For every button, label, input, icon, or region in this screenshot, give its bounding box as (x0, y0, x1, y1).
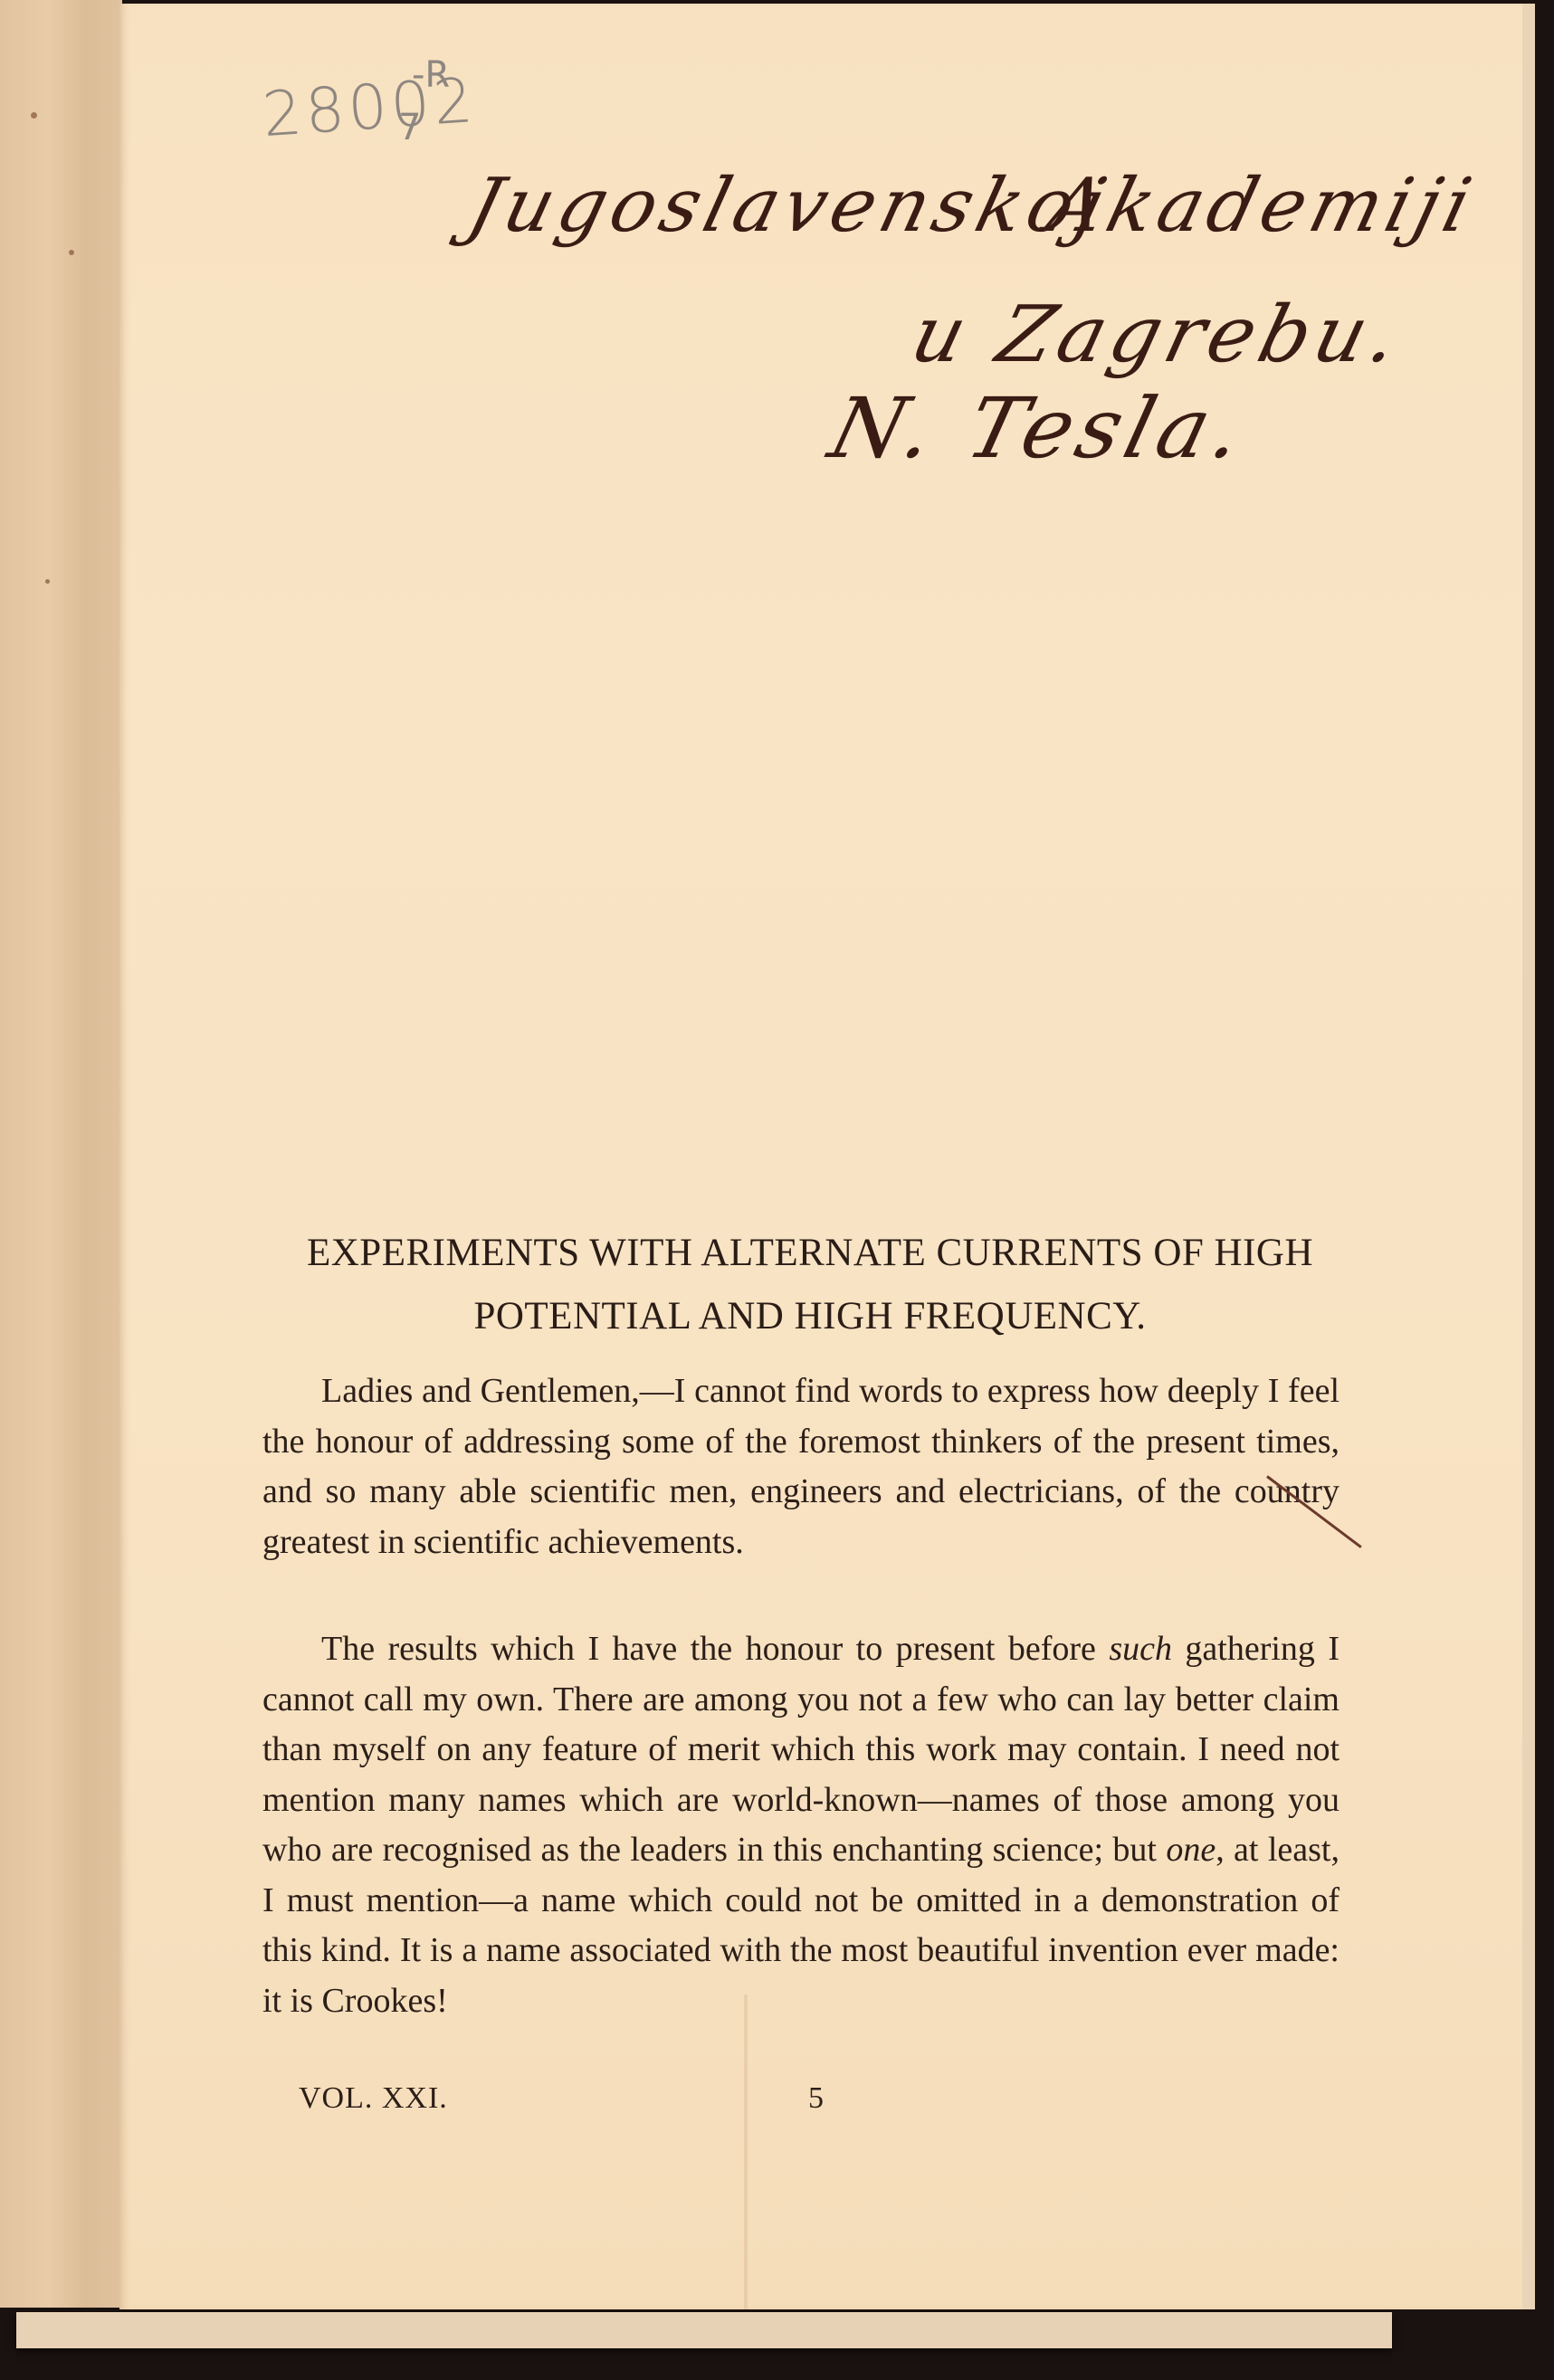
volume-label: VOL. XXI. (299, 2081, 448, 2116)
paragraph-text: Ladies and Gentlemen,—I cannot find word… (262, 1366, 1339, 1567)
page-number: 5 (808, 2081, 824, 2116)
book-spine-edge (0, 0, 122, 2308)
italic-text-run: one (1166, 1831, 1216, 1869)
stain-speck (69, 250, 74, 255)
document-title-line1: EXPERIMENTS WITH ALTERNATE CURRENTS OF H… (253, 1222, 1367, 1285)
under-sheet-edge (16, 2312, 1392, 2348)
pencil-catalog-subscript: 7 (398, 107, 421, 148)
body-paragraph-2: The results which I have the honour to p… (262, 1624, 1339, 2032)
stain-speck (31, 112, 37, 119)
page-fold-crease (744, 1994, 748, 2309)
text-run: The results which I have the honour to p… (321, 1630, 1109, 1668)
document-title-line2: POTENTIAL AND HIGH FREQUENCY. (253, 1285, 1367, 1348)
stain-speck (45, 579, 50, 584)
handwritten-dedication-line1b: Akademiji (1039, 163, 1484, 249)
italic-text-run: such (1109, 1630, 1172, 1668)
handwritten-signature: N. Tesla. (821, 380, 1258, 477)
handwritten-dedication-line1a: Jugoslavenskoj (460, 163, 1118, 249)
pencil-catalog-suffix: -R (412, 54, 450, 96)
handwritten-dedication-line2: u Zagrebu. (903, 290, 1414, 380)
body-paragraph-1: Ladies and Gentlemen,—I cannot find word… (262, 1366, 1339, 1573)
paragraph-text: The results which I have the honour to p… (262, 1624, 1339, 2026)
